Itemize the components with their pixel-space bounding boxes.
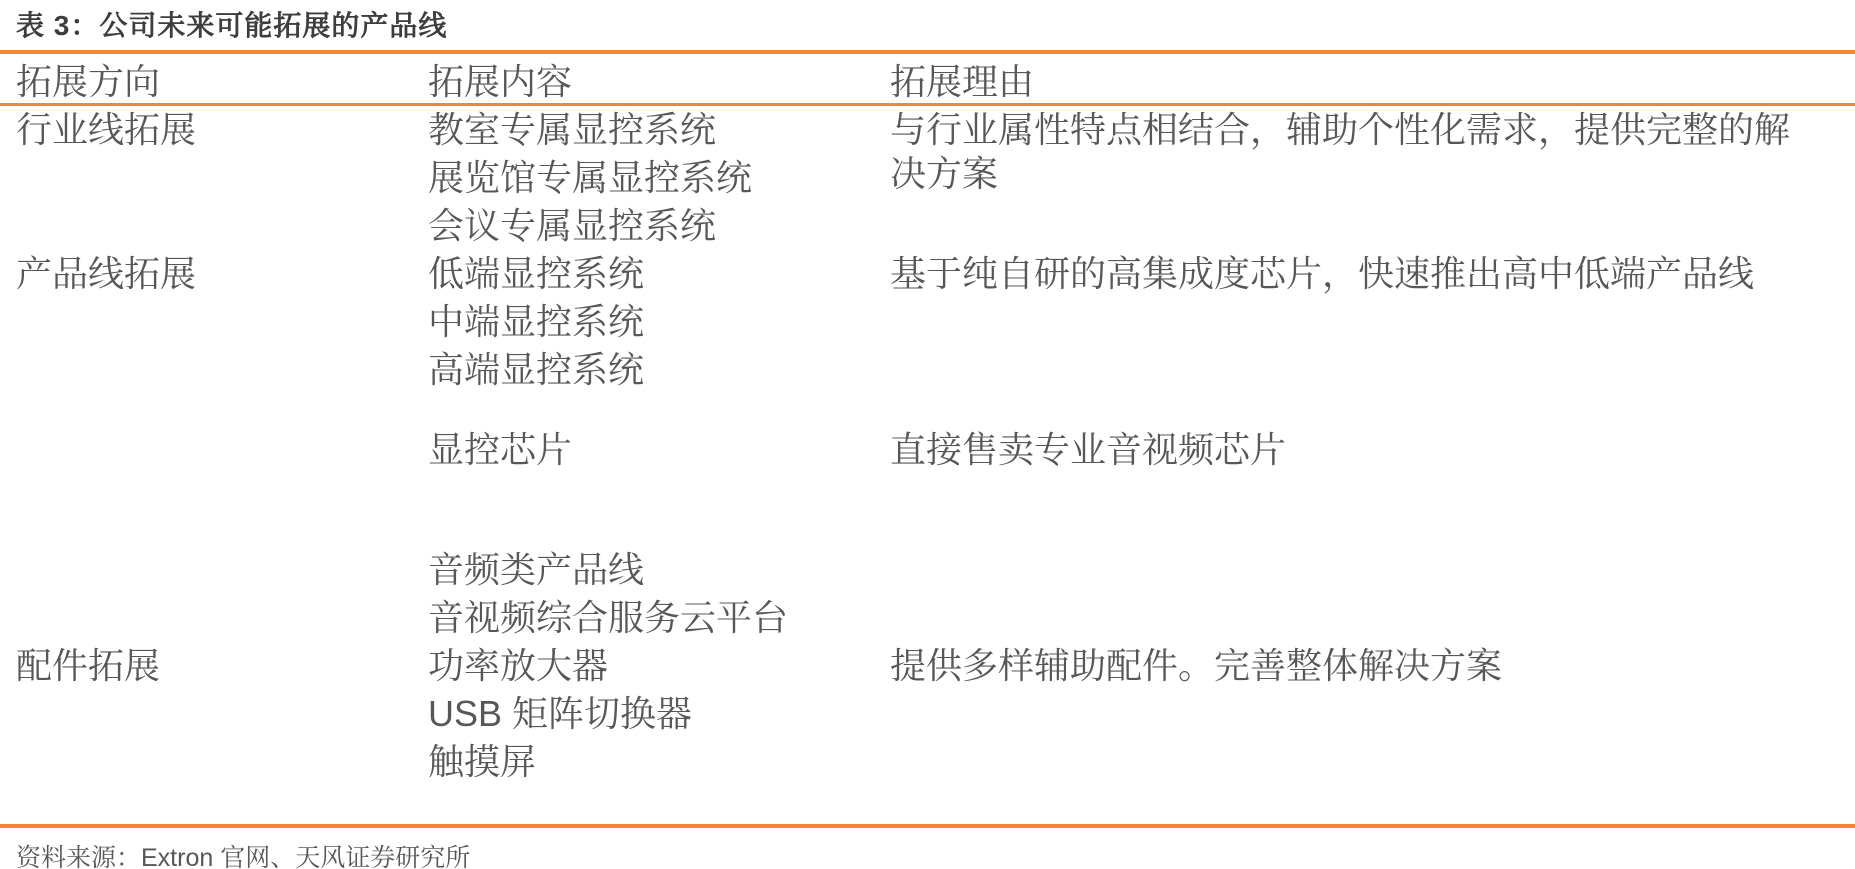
table-header-row: 拓展方向 拓展内容 拓展理由 bbox=[0, 54, 1855, 103]
research-report-table-figure: 表 3：公司未来可能拓展的产品线 拓展方向 拓展内容 拓展理由 行业线拓展 教室… bbox=[0, 0, 1855, 869]
reason-text: 直接售卖专业音视频芯片 bbox=[890, 426, 1855, 474]
content-item: 功率放大器 bbox=[428, 642, 890, 690]
direction-cell: 行业线拓展 bbox=[16, 106, 428, 154]
content-item: 触摸屏 bbox=[428, 738, 890, 786]
reason-cell: 基于纯自研的高集成度芯片，快速推出高中低端产品线 bbox=[890, 250, 1855, 298]
direction-cell bbox=[16, 426, 428, 474]
direction-label: 配件拓展 bbox=[16, 642, 428, 690]
direction-cell: 产品线拓展 bbox=[16, 250, 428, 298]
table-row-group-industry: 行业线拓展 教室专属显控系统 展览馆专属显控系统 会议专属显控系统 与行业属性特… bbox=[0, 106, 1855, 250]
table-row-group-accessory: 配件拓展 音频类产品线 音视频综合服务云平台 功率放大器 USB 矩阵切换器 触… bbox=[0, 546, 1855, 786]
direction-label: 产品线拓展 bbox=[16, 250, 428, 298]
content-item: 音视频综合服务云平台 bbox=[428, 594, 890, 642]
direction-cell: 配件拓展 bbox=[16, 642, 428, 690]
table-row-group-product: 产品线拓展 低端显控系统 中端显控系统 高端显控系统 基于纯自研的高集成度芯片，… bbox=[0, 250, 1855, 394]
content-cell: 显控芯片 bbox=[428, 426, 890, 474]
content-item: 低端显控系统 bbox=[428, 250, 890, 298]
content-cell: 低端显控系统 中端显控系统 高端显控系统 bbox=[428, 250, 890, 394]
content-item: 高端显控系统 bbox=[428, 346, 890, 394]
content-cell: 教室专属显控系统 展览馆专属显控系统 会议专属显控系统 bbox=[428, 106, 890, 250]
content-item: 会议专属显控系统 bbox=[428, 202, 890, 250]
source-note: 资料来源：Extron 官网、天风证券研究所 bbox=[0, 828, 1855, 869]
column-header-content: 拓展内容 bbox=[428, 54, 890, 105]
table-title: 表 3：公司未来可能拓展的产品线 bbox=[0, 0, 1855, 50]
reason-cell: 直接售卖专业音视频芯片 bbox=[890, 426, 1855, 474]
column-header-direction: 拓展方向 bbox=[16, 54, 428, 105]
content-item: 音频类产品线 bbox=[428, 546, 890, 594]
content-cell: 音频类产品线 音视频综合服务云平台 功率放大器 USB 矩阵切换器 触摸屏 bbox=[428, 546, 890, 786]
content-item: 显控芯片 bbox=[428, 426, 890, 474]
content-item: USB 矩阵切换器 bbox=[428, 690, 890, 738]
reason-text: 提供多样辅助配件。完善整体解决方案 bbox=[890, 642, 1855, 690]
reason-cell: 提供多样辅助配件。完善整体解决方案 bbox=[890, 642, 1855, 690]
reason-cell: 与行业属性特点相结合，辅助个性化需求，提供完整的解决方案 bbox=[890, 106, 1855, 196]
content-item: 中端显控系统 bbox=[428, 298, 890, 346]
content-item: 展览馆专属显控系统 bbox=[428, 154, 890, 202]
direction-label bbox=[16, 426, 428, 474]
direction-label: 行业线拓展 bbox=[16, 106, 428, 154]
reason-text: 与行业属性特点相结合，辅助个性化需求，提供完整的解决方案 bbox=[890, 106, 1810, 196]
reason-text: 基于纯自研的高集成度芯片，快速推出高中低端产品线 bbox=[890, 250, 1855, 298]
content-item: 教室专属显控系统 bbox=[428, 106, 890, 154]
column-header-reason: 拓展理由 bbox=[890, 54, 1855, 105]
table-row-group-chip: 显控芯片 直接售卖专业音视频芯片 bbox=[0, 426, 1855, 474]
